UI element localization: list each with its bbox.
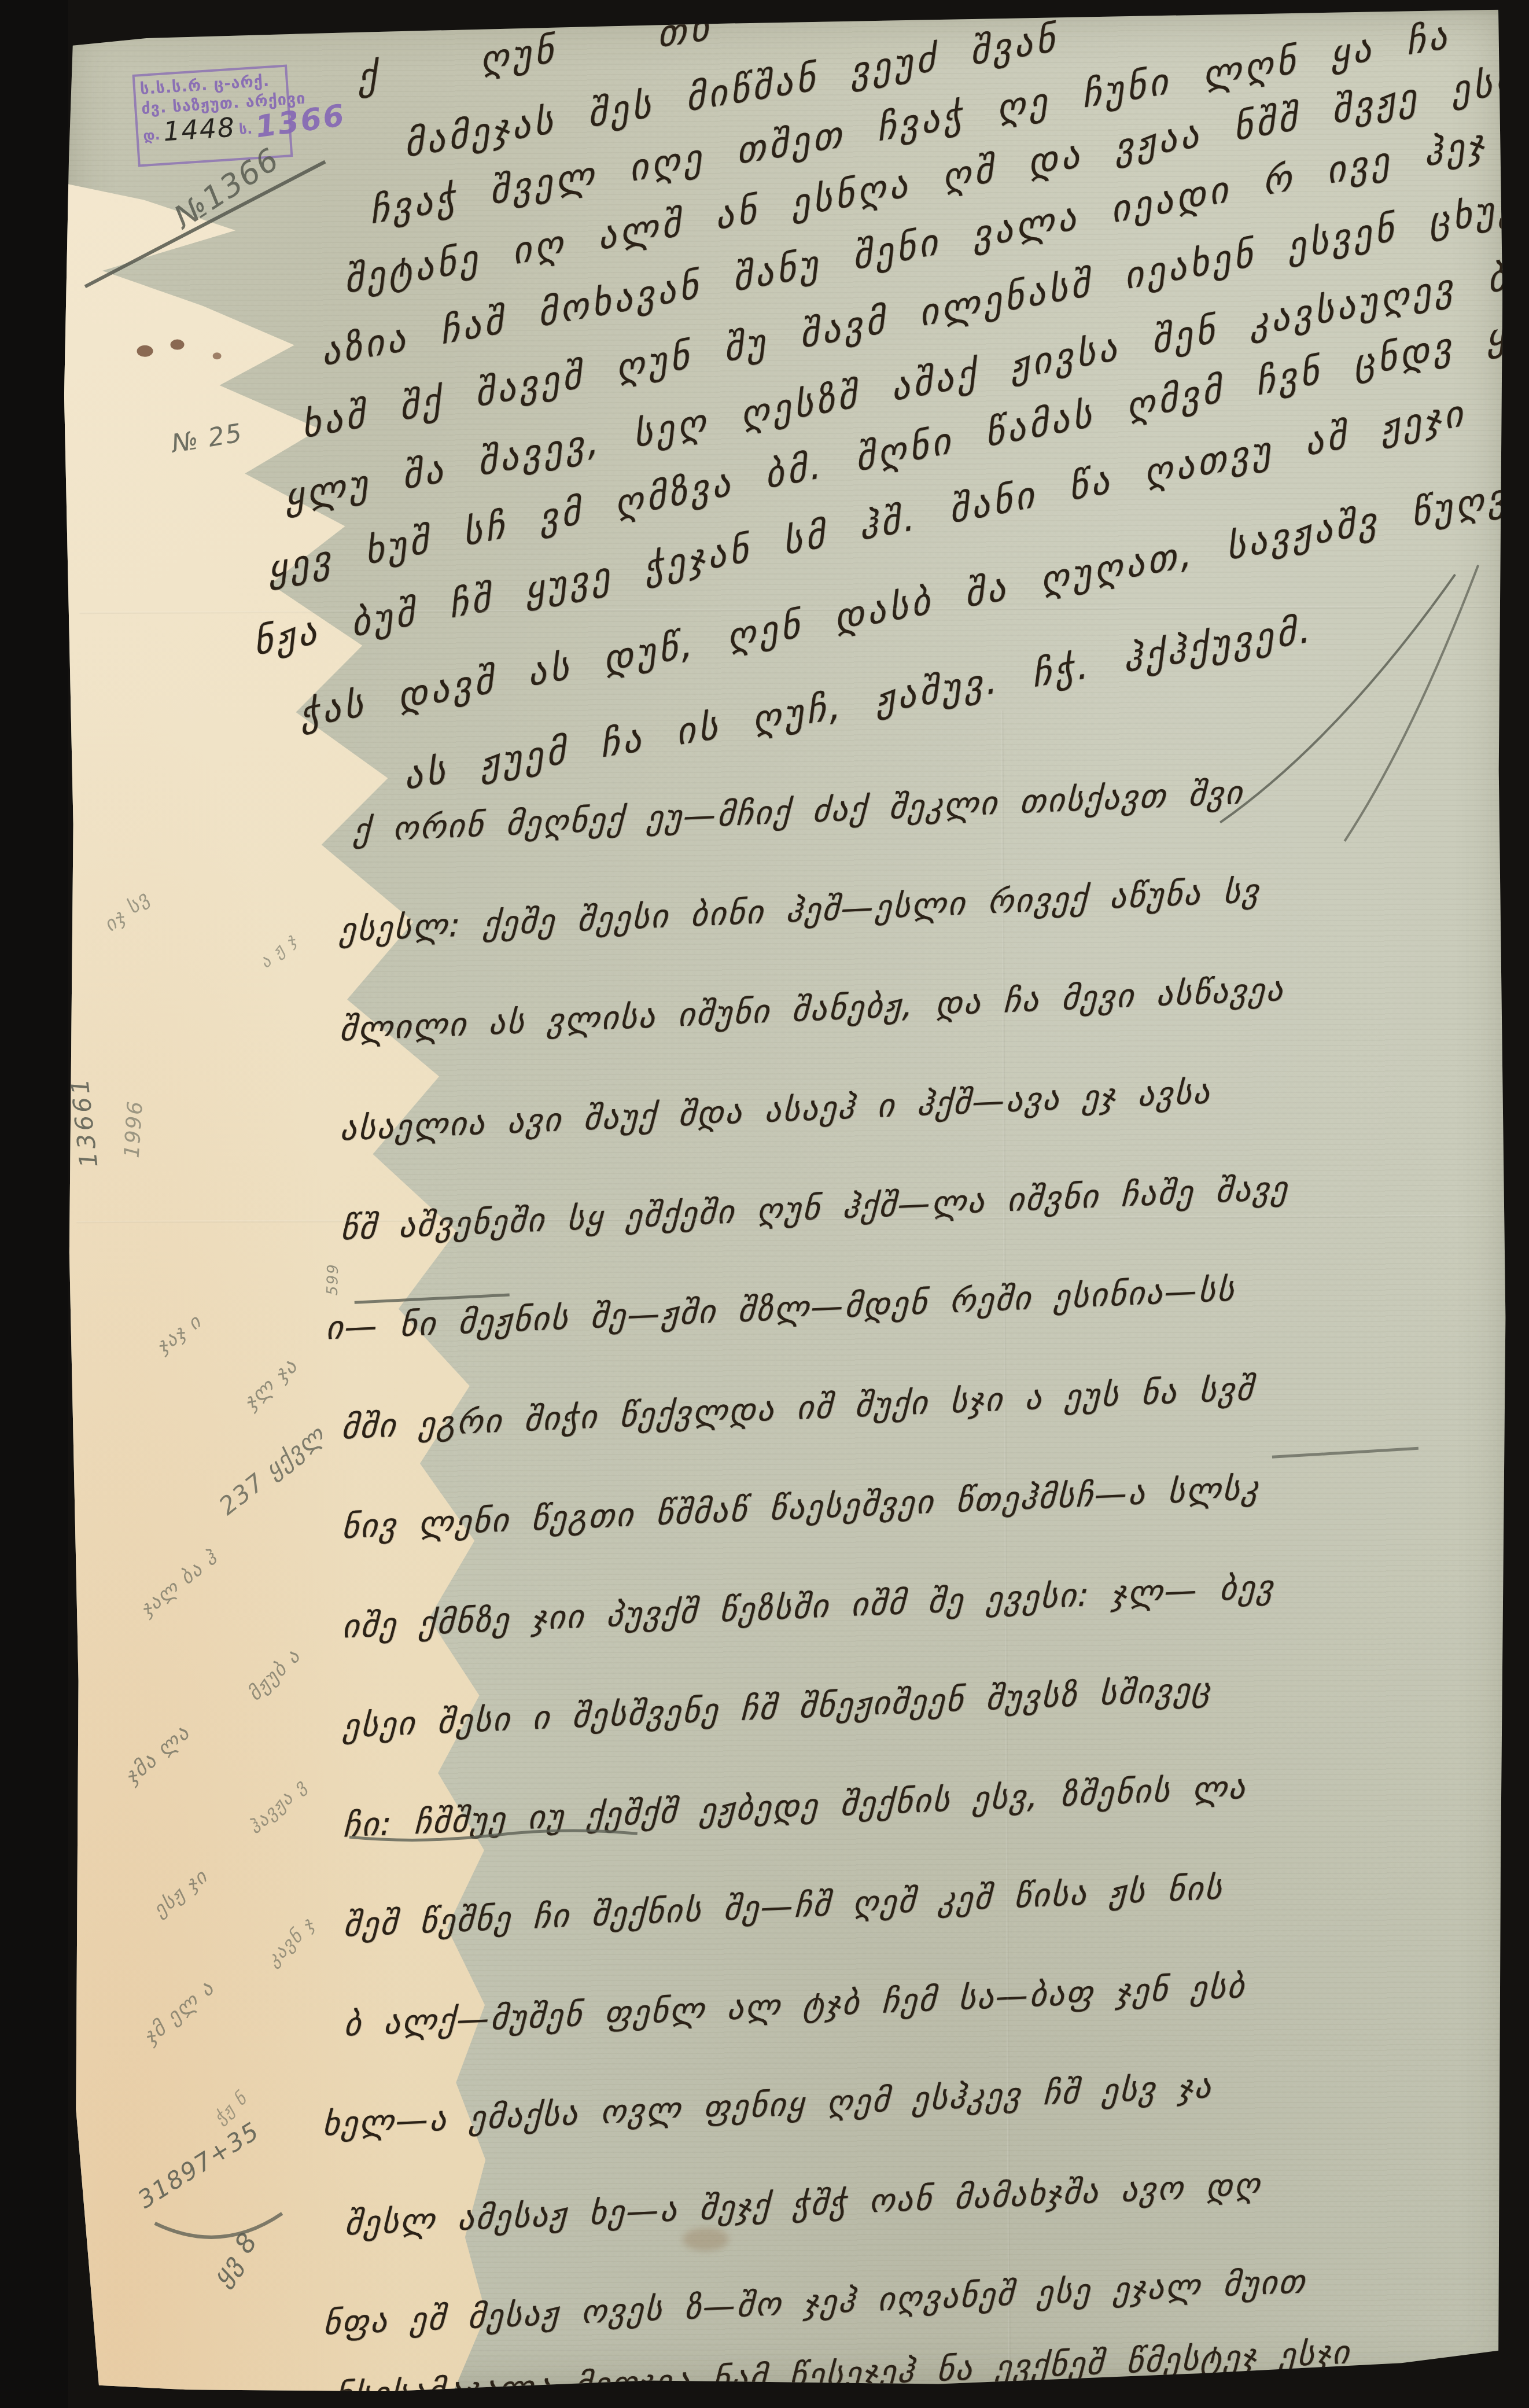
pencil-strokes-overlay bbox=[60, 9, 1517, 2395]
underline-mark bbox=[355, 1295, 510, 1302]
corner-code-swash bbox=[155, 2214, 282, 2237]
case-number-slash bbox=[84, 161, 326, 286]
manuscript-sheet: ს.ს.ს.რ. ც-არქ. ძვ. საზჟუთ. არქივი დ. 14… bbox=[60, 9, 1517, 2395]
paraph-stroke bbox=[1219, 575, 1456, 823]
underline-mark bbox=[349, 1831, 638, 1840]
ink-spot bbox=[213, 352, 222, 359]
ink-spot bbox=[137, 345, 153, 357]
underline-mark bbox=[1272, 1448, 1419, 1457]
ink-spot bbox=[170, 340, 184, 350]
stain bbox=[683, 2227, 729, 2251]
scanner-background-strip bbox=[0, 0, 68, 2408]
